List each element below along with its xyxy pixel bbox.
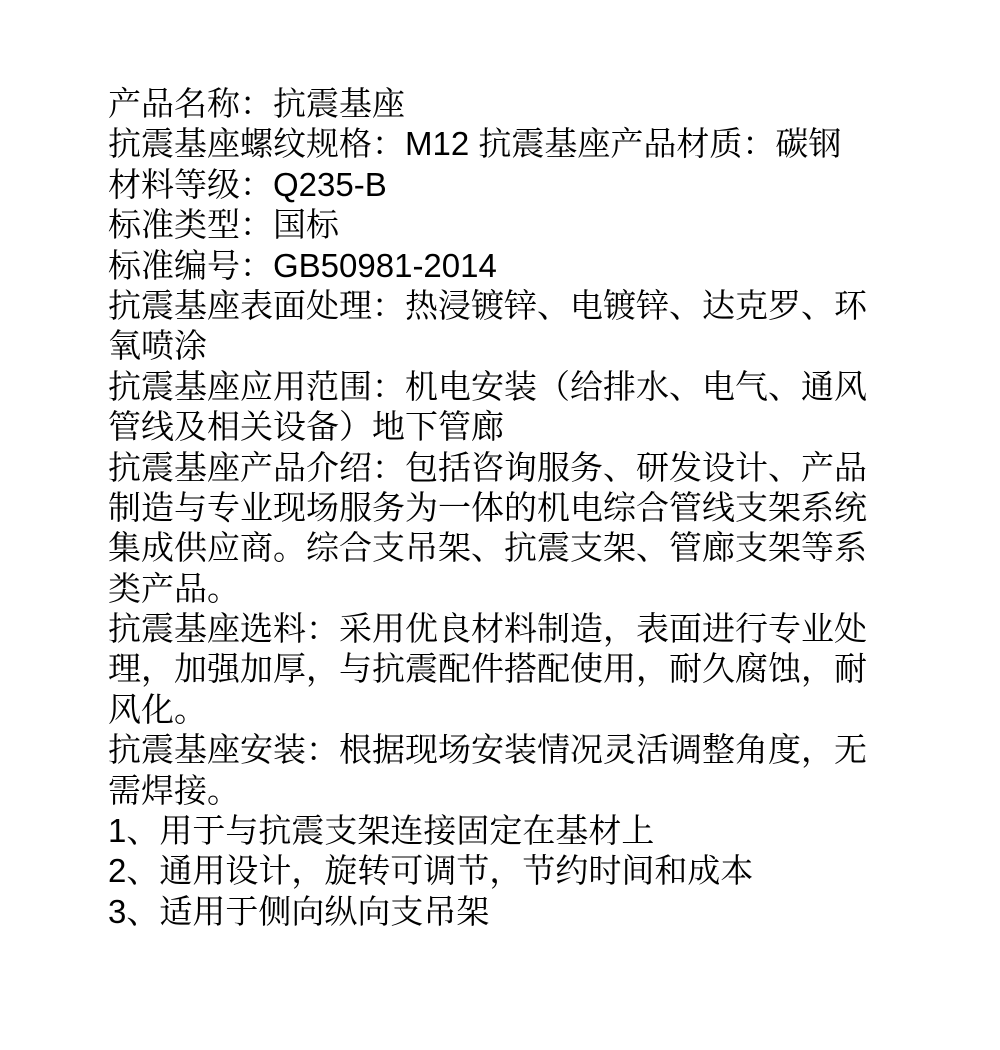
product-intro-line-cont-1: 制造与专业现场服务为一体的机电综合管线支架系统 <box>108 488 898 528</box>
feature-item-3: 3、适用于侧向纵向支吊架 <box>108 892 898 932</box>
material-selection-line-cont-2: 风化。 <box>108 690 898 730</box>
feature-item-1: 1、用于与抗震支架连接固定在基材上 <box>108 811 898 851</box>
product-intro-line-cont-2: 集成供应商。综合支吊架、抗震支架、管廊支架等系 <box>108 528 898 568</box>
installation-line: 抗震基座安装：根据现场安装情况灵活调整角度，无 <box>108 730 898 770</box>
standard-number-line: 标准编号：GB50981-2014 <box>108 246 898 286</box>
material-selection-line: 抗震基座选料：采用优良材料制造，表面进行专业处 <box>108 609 898 649</box>
thread-spec-material-line: 抗震基座螺纹规格：M12 抗震基座产品材质：碳钢 <box>108 124 898 164</box>
feature-item-2: 2、通用设计，旋转可调节，节约时间和成本 <box>108 851 898 891</box>
standard-type-line: 标准类型：国标 <box>108 205 898 245</box>
surface-treatment-line: 抗震基座表面处理：热浸镀锌、电镀锌、达克罗、环 <box>108 286 898 326</box>
product-name-line: 产品名称：抗震基座 <box>108 84 898 124</box>
application-scope-line: 抗震基座应用范围：机电安装（给排水、电气、通风 <box>108 367 898 407</box>
material-selection-line-cont-1: 理，加强加厚，与抗震配件搭配使用，耐久腐蚀，耐 <box>108 649 898 689</box>
product-intro-line: 抗震基座产品介绍：包括咨询服务、研发设计、产品 <box>108 448 898 488</box>
material-grade-line: 材料等级：Q235-B <box>108 165 898 205</box>
product-intro-line-cont-3: 类产品。 <box>108 569 898 609</box>
surface-treatment-line-cont: 氧喷涂 <box>108 326 898 366</box>
installation-line-cont: 需焊接。 <box>108 771 898 811</box>
product-description: 产品名称：抗震基座 抗震基座螺纹规格：M12 抗震基座产品材质：碳钢 材料等级：… <box>108 84 898 932</box>
application-scope-line-cont: 管线及相关设备）地下管廊 <box>108 407 898 447</box>
